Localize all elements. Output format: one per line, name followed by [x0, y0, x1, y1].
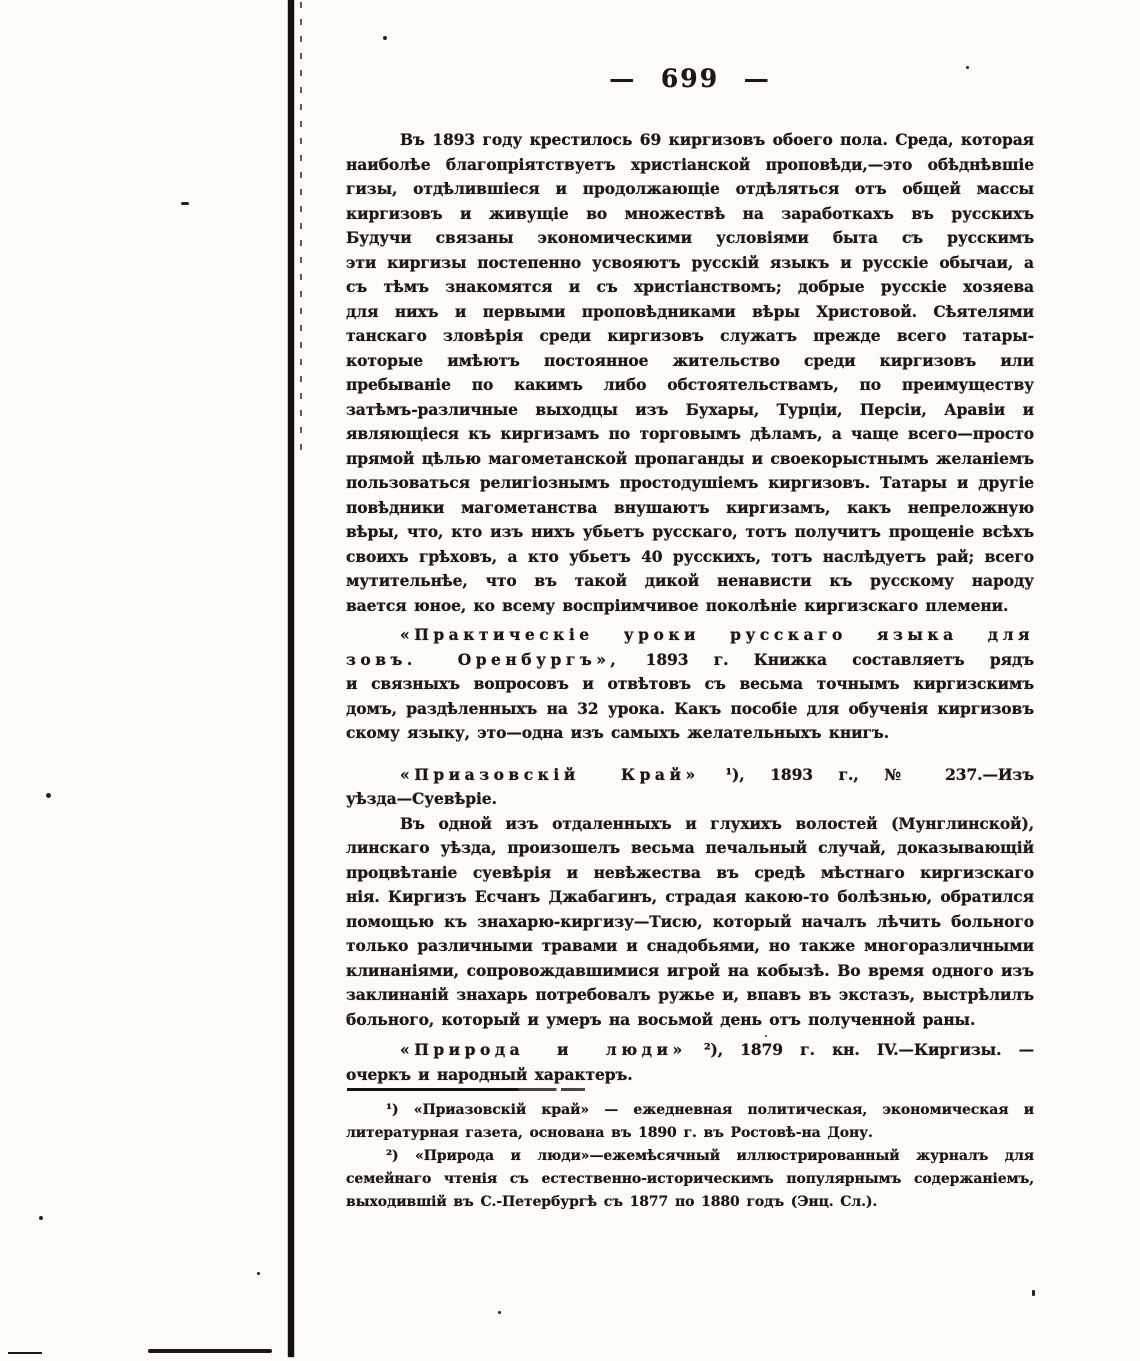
body-text: и связныхъ вопросовъ и отвѣтовъ съ весьм… — [346, 674, 1034, 697]
text-line: эти киргизы постепенно усвояютъ русскій … — [346, 251, 1034, 276]
body-text: больного, который и умеръ на восьмой ден… — [346, 1010, 975, 1029]
para-baptism-report: Въ 1893 году крестилось 69 киргизовъ обо… — [346, 128, 1034, 618]
body-text: гизы, отдѣлившіеся и продолжающіе отдѣля… — [346, 179, 1034, 202]
text-line: домъ, раздѣленныхъ на 32 урока. Какъ пос… — [346, 697, 1034, 722]
body-text: очеркъ и народный характеръ. — [346, 1065, 633, 1084]
binding-dashed-rule — [300, 2, 302, 460]
letterspaced-title-text: «Природа и люди» — [400, 1040, 687, 1059]
scan-speck — [257, 1272, 260, 1275]
body-text: повѣдники магометанства внушаютъ киргиза… — [346, 498, 1034, 521]
para-review-prakticheskie-uroki: «Практическіе уроки русскаго языка для к… — [346, 623, 1034, 746]
bottom-edge-mark-long — [148, 1349, 272, 1353]
scan-speck — [181, 202, 189, 205]
text-line: пребываніе по какимъ либо обстоятельства… — [346, 373, 1034, 398]
scan-speck — [1032, 1290, 1035, 1296]
text-line: только различными травами и снадобьями, … — [346, 934, 1034, 959]
scan-speck — [383, 36, 387, 40]
body-text: домъ, раздѣленныхъ на 32 урока. Какъ пос… — [346, 699, 1034, 722]
body-text: Въ одной изъ отдаленныхъ и глухихъ волос… — [346, 814, 1034, 837]
body-text: литературная газета, основана въ 1890 г.… — [346, 1125, 873, 1141]
body-text: ²) «Природа и люди»—ежемѣсячный иллюстри… — [386, 1148, 1034, 1164]
body-text: являющіеся къ киргизамъ по торговымъ дѣл… — [346, 424, 1034, 447]
text-line: линскаго уѣзда, произошелъ весьма печаль… — [346, 836, 1034, 861]
text-line: своихъ грѣховъ, а кто убьетъ 40 русскихъ… — [346, 545, 1034, 570]
letterspaced-title-text: «Практическіе уроки русскаго языка для к… — [346, 625, 1034, 648]
text-line: заклинаній знахарь потребовалъ ружье и, … — [346, 983, 1034, 1008]
body-text: выходившій въ С.-Петербургѣ съ 1877 по 1… — [346, 1194, 877, 1210]
body-text: киргизовъ и живущіе во множествѣ на зара… — [346, 204, 1034, 227]
text-line: являющіеся къ киргизамъ по торговымъ дѣл… — [346, 422, 1034, 447]
scanned-book-page: — 699 — Въ 1893 году крестилось 69 кирги… — [0, 0, 1140, 1361]
text-line: съ тѣмъ знакомятся и съ христіанствомъ; … — [346, 275, 1034, 300]
text-line: «Практическіе уроки русскаго языка для к… — [346, 623, 1034, 648]
text-line: Въ 1893 году крестилось 69 киргизовъ обо… — [346, 128, 1034, 153]
text-line: затѣмъ-различные выходцы изъ Бухары, Тур… — [346, 398, 1034, 423]
text-line: уѣзда—Суевѣріе. — [346, 787, 1034, 812]
para-superstition-story: Въ одной изъ отдаленныхъ и глухихъ волос… — [346, 812, 1034, 1033]
scan-speck — [39, 1216, 43, 1220]
body-text: заклинаній знахарь потребовалъ ружье и, … — [346, 985, 1034, 1008]
body-text: ¹) «Приазовскій край» — ежедневная полит… — [386, 1102, 1034, 1118]
text-line: нія. Киргизъ Есчанъ Джабагинъ, страдая к… — [346, 885, 1034, 910]
text-line: которые имѣютъ постоянное жительство сре… — [346, 349, 1034, 374]
body-text: процвѣтаніе суевѣрія и невѣжества въ сре… — [346, 863, 1034, 886]
text-line: литературная газета, основана въ 1890 г.… — [346, 1122, 1034, 1145]
scan-speck — [966, 66, 969, 69]
footnote-priroda-i-lyudi: ²) «Природа и люди»—ежемѣсячный иллюстри… — [346, 1145, 1034, 1214]
text-line: мутительнѣе, что въ такой дикой ненавист… — [346, 569, 1034, 594]
text-line: прямой цѣлью магометанской пропаганды и … — [346, 447, 1034, 472]
bottom-edge-mark-short — [8, 1352, 42, 1354]
text-line: и связныхъ вопросовъ и отвѣтовъ съ весьм… — [346, 672, 1034, 697]
body-text: пользоваться религіознымъ простодушіемъ … — [346, 473, 1034, 496]
text-line: ²) «Природа и люди»—ежемѣсячный иллюстри… — [346, 1145, 1034, 1168]
text-line: больного, который и умеръ на восьмой ден… — [346, 1008, 1034, 1033]
text-line: зовъ. Оренбургъ», 1893 г. Книжка составл… — [346, 648, 1034, 673]
letterspaced-title-text: «Приазовскій Край» — [400, 765, 700, 784]
footnote-separator — [347, 1088, 585, 1091]
binding-rule — [288, 0, 294, 1357]
page-number: — 699 — — [346, 64, 1034, 93]
footnotes-block: ¹) «Приазовскій край» — ежедневная полит… — [346, 1099, 1034, 1214]
text-line: семейнаго чтенія съ естественно-историче… — [346, 1168, 1034, 1191]
text-line: очеркъ и народный характеръ. — [346, 1063, 1034, 1088]
body-text: клинаніями, сопровождавшимися игрой на к… — [346, 961, 1034, 984]
text-line: вѣры, что, кто изъ нихъ убьетъ русскаго,… — [346, 520, 1034, 545]
text-line: Будучи связаны экономическими условіями … — [346, 226, 1034, 251]
para-priroda-i-lyudi: «Природа и люди» ²), 1879 г. кн. IV.—Кир… — [346, 1038, 1034, 1087]
scan-speck — [765, 1035, 767, 1037]
text-line: пользоваться религіознымъ простодушіемъ … — [346, 471, 1034, 496]
text-line: Въ одной изъ отдаленныхъ и глухихъ волос… — [346, 812, 1034, 837]
body-text: семейнаго чтенія съ естественно-историче… — [346, 1171, 1034, 1187]
scan-speck — [498, 1311, 501, 1314]
body-text: которые имѣютъ постоянное жительство сре… — [346, 351, 1034, 374]
body-text: съ тѣмъ знакомятся и съ христіанствомъ; … — [346, 277, 1034, 300]
body-text: эти киргизы постепенно усвояютъ русскій … — [346, 253, 1034, 276]
text-line: киргизовъ и живущіе во множествѣ на зара… — [346, 202, 1034, 227]
text-line: наиболѣе благопріятствуетъ христіанской … — [346, 153, 1034, 178]
text-line: гизы, отдѣлившіеся и продолжающіе отдѣля… — [346, 177, 1034, 202]
body-text: только различными травами и снадобьями, … — [346, 936, 1034, 959]
body-text: вается юное, ко всему воспріимчивое поко… — [346, 596, 1008, 615]
body-text: своихъ грѣховъ, а кто убьетъ 40 русскихъ… — [346, 547, 1034, 570]
text-line: выходившій въ С.-Петербургѣ съ 1877 по 1… — [346, 1191, 1034, 1214]
body-text: прямой цѣлью магометанской пропаганды и … — [346, 449, 1034, 472]
text-line: танскаго зловѣрія среди киргизовъ служат… — [346, 324, 1034, 349]
body-text: помощью къ знахарю-киргизу—Тисю, который… — [346, 912, 1034, 935]
letterspaced-title-text: зовъ. Оренбургъ», — [346, 650, 620, 669]
text-line: «Природа и люди» ²), 1879 г. кн. IV.—Кир… — [346, 1038, 1034, 1063]
body-text: для нихъ и первыми проповѣдниками вѣры Х… — [346, 302, 1034, 325]
body-text: танскаго зловѣрія среди киргизовъ служат… — [346, 326, 1034, 349]
text-line: помощью къ знахарю-киргизу—Тисю, который… — [346, 910, 1034, 935]
body-text: пребываніе по какимъ либо обстоятельства… — [346, 375, 1034, 398]
text-line: процвѣтаніе суевѣрія и невѣжества въ сре… — [346, 861, 1034, 886]
body-text: нія. Киргизъ Есчанъ Джабагинъ, страдая к… — [346, 887, 1034, 910]
text-line: скому языку, это—одна изъ самыхъ желател… — [346, 721, 1034, 746]
body-text: вѣры, что, кто изъ нихъ убьетъ русскаго,… — [346, 522, 1034, 541]
para-heading-priazovskiy-kray: «Приазовскій Край» ¹), 1893 г., № 237.—И… — [346, 763, 1034, 812]
text-line: «Приазовскій Край» ¹), 1893 г., № 237.—И… — [346, 763, 1034, 788]
body-text: уѣзда—Суевѣріе. — [346, 789, 497, 808]
body-text: наиболѣе благопріятствуетъ христіанской … — [346, 155, 1034, 178]
text-line: клинаніями, сопровождавшимися игрой на к… — [346, 959, 1034, 984]
text-line: для нихъ и первыми проповѣдниками вѣры Х… — [346, 300, 1034, 325]
text-line: вается юное, ко всему воспріимчивое поко… — [346, 594, 1034, 619]
footnote-priazovskiy-kray: ¹) «Приазовскій край» — ежедневная полит… — [346, 1099, 1034, 1145]
body-text: мутительнѣе, что въ такой дикой ненавист… — [346, 571, 1034, 594]
body-text: затѣмъ-различные выходцы изъ Бухары, Тур… — [346, 400, 1034, 423]
body-text: линскаго уѣзда, произошелъ весьма печаль… — [346, 838, 1034, 861]
body-text: скому языку, это—одна изъ самыхъ желател… — [346, 723, 889, 742]
text-column: Въ 1893 году крестилось 69 киргизовъ обо… — [346, 128, 1034, 1087]
scan-speck — [46, 793, 51, 798]
body-text: Въ 1893 году крестилось 69 киргизовъ обо… — [400, 130, 1034, 149]
text-line: ¹) «Приазовскій край» — ежедневная полит… — [346, 1099, 1034, 1122]
text-line: повѣдники магометанства внушаютъ киргиза… — [346, 496, 1034, 521]
body-text: Будучи связаны экономическими условіями … — [346, 228, 1034, 251]
